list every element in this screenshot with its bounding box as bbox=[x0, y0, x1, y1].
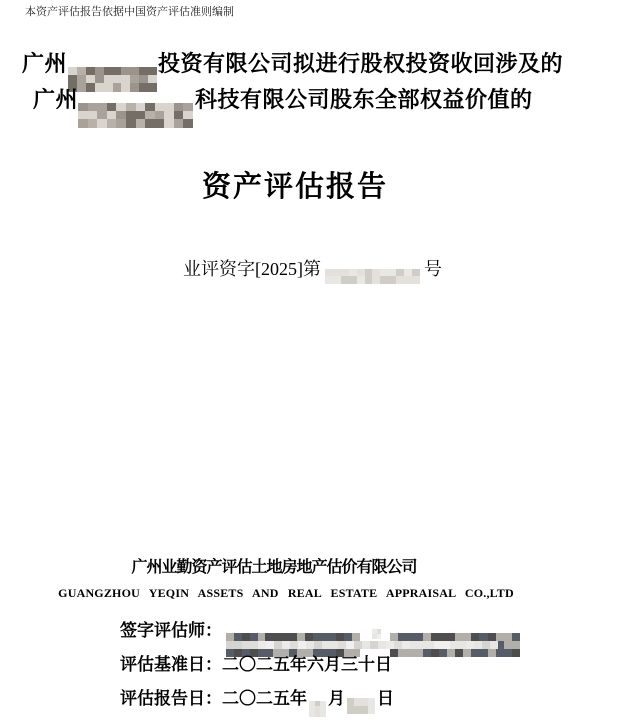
redacted-doc-serial bbox=[325, 269, 420, 284]
base-date-value: 二〇二五年六月三十日 bbox=[222, 655, 392, 674]
document-number-line: 业评资字[2025]第号 bbox=[183, 255, 442, 284]
appraisal-report-cover-page: 本资产评估报告依据中国资产评估准则编制 广州投资有限公司拟进行股权投资收回涉及的… bbox=[0, 0, 636, 720]
base-date-line: 评估基准日：二〇二五年六月三十日 bbox=[120, 650, 392, 675]
report-date-month-suffix: 月 bbox=[328, 689, 345, 708]
title-line2-suffix: 科技有限公司股东全部权益价值的 bbox=[195, 87, 533, 112]
report-date-year: 二〇二五年 bbox=[222, 689, 307, 708]
report-date-label: 评估报告日： bbox=[120, 689, 222, 708]
redacted-signature-shadow bbox=[226, 641, 498, 649]
base-date-label: 评估基准日： bbox=[120, 655, 222, 674]
redacted-report-month bbox=[309, 701, 326, 717]
redacted-company-name-2 bbox=[78, 103, 193, 128]
appraisal-firm-name-cn: 广州业勤资产评估土地房地产估价有限公司 bbox=[0, 554, 548, 577]
redacted-report-day bbox=[347, 698, 375, 714]
doc-number-suffix: 号 bbox=[424, 259, 442, 279]
report-date-line: 评估报告日：二〇二五年月日 bbox=[120, 684, 394, 717]
title-line2-prefix: 广州 bbox=[33, 87, 78, 112]
report-title-line-2: 广州科技有限公司股东全部权益价值的 bbox=[33, 85, 533, 128]
redacted-signer-separator bbox=[372, 629, 381, 639]
doc-number-prefix: 业评资字[2025]第 bbox=[183, 259, 321, 279]
appraisal-firm-name-en: GUANGZHOU YEQIN ASSETS AND REAL ESTATE A… bbox=[0, 586, 572, 601]
report-date-day-suffix: 日 bbox=[377, 689, 394, 708]
signing-appraisers-label: 签字评估师： bbox=[120, 621, 222, 640]
title-line1-suffix: 投资有限公司拟进行股权投资收回涉及的 bbox=[158, 51, 563, 76]
report-type-title: 资产评估报告 bbox=[0, 164, 590, 205]
title-line1-prefix: 广州 bbox=[22, 51, 67, 76]
compliance-note: 本资产评估报告依据中国资产评估准则编制 bbox=[25, 5, 234, 19]
